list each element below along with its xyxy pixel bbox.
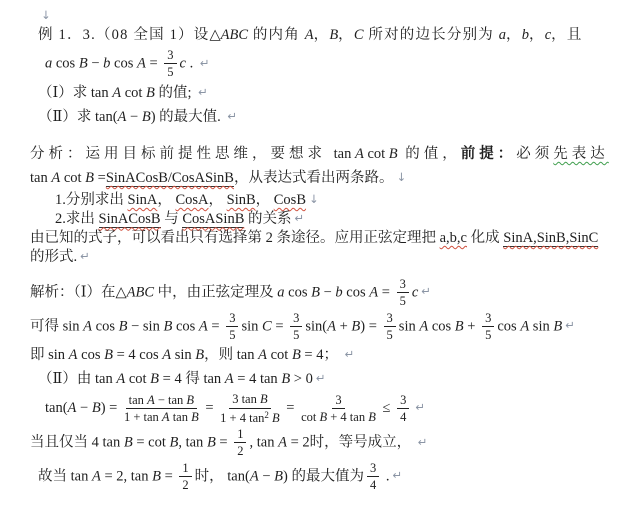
math-text: 3 tan — [232, 392, 260, 406]
paragraph-mark-icon: ↵ — [295, 211, 305, 225]
document-line: （Ⅰ）求 tan A cot B 的值; ↵ — [30, 81, 607, 105]
math-variable: A — [116, 371, 125, 387]
paragraph-mark-icon: ↵ — [415, 400, 425, 414]
fraction: tan A − tan B1 + tan A tan B — [124, 393, 199, 425]
math-variable: C — [354, 27, 364, 43]
math-text: , tan — [249, 435, 278, 451]
math-text: ≤ — [379, 400, 394, 416]
fraction-denominator: 4 — [400, 409, 406, 424]
math-text: − — [126, 109, 141, 125]
text-run: 的形式. — [30, 249, 77, 265]
math-text: sin — [48, 347, 69, 363]
math-text: = — [216, 435, 231, 451]
text-run: ， — [529, 27, 545, 43]
math-text: tan — [170, 410, 192, 424]
text-run: ， — [314, 27, 330, 43]
document-line: 的形式.↵ — [30, 247, 607, 267]
math-text: SinACosB — [99, 211, 161, 228]
fraction-denominator: 5 — [387, 327, 393, 342]
math-text: CosA — [175, 192, 208, 208]
fraction: 34 — [367, 461, 379, 493]
document-line: 解析：（Ⅰ）在△ABC 中，由正弦定理及 a cos B − b cos A =… — [30, 276, 607, 310]
fraction-numerator: 3 — [397, 393, 409, 409]
math-variable: a — [499, 27, 506, 43]
math-variable: B — [368, 410, 376, 424]
paragraph-mark-icon: ↵ — [345, 347, 355, 361]
fraction: 35 — [384, 311, 396, 343]
fraction-denominator: 1 + tan A tan B — [124, 409, 199, 424]
fraction-numerator: 3 tan B — [229, 392, 270, 408]
math-text: = — [283, 400, 298, 416]
fraction-denominator: 5 — [293, 327, 299, 342]
fraction: 34 — [397, 393, 409, 425]
text-run: ，从表达式看出两条路。 — [234, 170, 394, 186]
document-line: 即 sin A cos B = 4 cos A sin B，则 tan A co… — [30, 343, 607, 367]
document-line: tan(A − B) = tan A − tan B1 + tan A tan … — [30, 391, 607, 426]
math-text: − — [259, 468, 274, 484]
fraction-numerator: 3 — [226, 311, 238, 327]
fraction-numerator: tan A − tan B — [126, 393, 197, 409]
math-variable: A — [69, 347, 78, 363]
math-variable: B — [195, 347, 204, 363]
text-run: 的值， — [398, 146, 461, 162]
math-text: ) = — [360, 318, 380, 334]
math-text: CosB — [274, 192, 306, 208]
math-variable: ABC — [221, 27, 248, 43]
math-text: + — [464, 318, 479, 334]
fraction-denominator: 1 + 4 tan2 B — [220, 409, 279, 425]
math-text: cos — [110, 56, 137, 72]
paragraph-mark-icon: ↵ — [227, 109, 237, 123]
text-run: 与 — [161, 211, 183, 227]
math-text: sin — [171, 347, 195, 363]
math-variable: B — [85, 170, 94, 186]
math-text: cot — [364, 146, 389, 162]
math-variable: A — [369, 284, 378, 300]
math-text: ) = — [101, 400, 121, 416]
math-text: cos — [172, 318, 199, 334]
document-line: 分析：运用目标前提性思维，要想求 tan A cot B 的值，前提：必须先表达 — [30, 142, 607, 166]
document-line: 由已知的式子，可以看出只有选择第 2 条途径。应用正弦定理把 a,b,c 化成 … — [30, 229, 607, 248]
text-run: 即 — [30, 347, 48, 363]
math-text: tan( — [45, 400, 68, 416]
math-text: 3 — [335, 393, 341, 407]
math-text: = 2, tan — [101, 468, 152, 484]
math-variable: A — [51, 170, 60, 186]
math-variable: B — [269, 411, 280, 425]
math-variable: A — [327, 318, 336, 334]
text-run: ， — [506, 27, 522, 43]
math-variable: B — [274, 468, 283, 484]
text-run: 时，等号成立， — [310, 435, 415, 451]
text-run: ，且 — [551, 27, 582, 43]
text-run: ， — [209, 192, 227, 208]
math-text: cot — [60, 170, 85, 186]
math-variable: B — [553, 318, 562, 334]
math-variable: A — [147, 393, 155, 407]
paragraph-mark-icon: ↵ — [421, 284, 431, 298]
text-run: ，则 — [204, 347, 237, 363]
fraction-numerator: 3 — [290, 311, 302, 327]
math-text: = 4 — [159, 371, 182, 387]
math-variable: A — [199, 318, 208, 334]
text-run: （Ⅰ）求 — [38, 85, 91, 101]
math-text: tan — [30, 170, 51, 186]
fraction: 35 — [482, 311, 494, 343]
math-text: − — [320, 284, 335, 300]
fraction-numerator: 3 — [482, 311, 494, 327]
math-text: > 0 — [290, 371, 313, 387]
math-text: = — [94, 170, 106, 186]
document-line: 可得 sin A cos B − sin B cos A = 35sin C =… — [30, 310, 607, 344]
text-run: ， — [157, 192, 175, 208]
math-text: tan — [71, 468, 92, 484]
math-variable: B — [150, 371, 159, 387]
text-run: 所对的边长分别为 — [364, 27, 499, 43]
math-variable: B — [169, 435, 178, 451]
math-variable: B — [92, 400, 101, 416]
math-variable: A — [520, 318, 529, 334]
text-run: ； — [323, 347, 341, 363]
paragraph-mark-icon: ↵ — [418, 435, 428, 449]
math-variable: A — [305, 27, 314, 43]
math-text: cot — [121, 85, 146, 101]
paragraph-mark-icon: ↵ — [392, 468, 402, 482]
text-run: 的关系 — [244, 211, 291, 227]
fraction: 35 — [397, 277, 409, 309]
math-text: cos — [285, 284, 312, 300]
fraction-numerator: 1 — [234, 427, 246, 443]
math-text: cos — [497, 318, 520, 334]
fraction-denominator: cot B + 4 tan B — [301, 409, 376, 424]
text-run: 时， — [195, 468, 228, 484]
fraction: 3cot B + 4 tan B — [301, 393, 376, 425]
math-text: + — [336, 318, 351, 334]
fraction: 3 tan B1 + 4 tan2 B — [220, 392, 279, 425]
math-variable: A — [83, 318, 92, 334]
fraction-numerator: 3 — [397, 277, 409, 293]
text-run: 必须 — [516, 146, 553, 162]
fraction: 35 — [164, 48, 176, 80]
math-variable: A — [112, 85, 121, 101]
document-line: a cos B − b cos A = 35c . ↵ — [30, 47, 607, 81]
math-variable: A — [250, 468, 259, 484]
math-variable: A — [278, 435, 287, 451]
text-run: 由已知的式子，可以看出只有选择第 2 条途径。应用正弦定理把 — [30, 230, 440, 246]
document-page: ↓例 1．3.（08 全国 1）设△ABC 的内角 A，B，C 所对的边长分别为… — [0, 0, 633, 529]
math-text: = cot — [133, 435, 170, 451]
text-run: 分析：运用目标前提性思维，要想求 — [30, 146, 334, 162]
math-text: a,b,c — [440, 230, 467, 246]
fraction-numerator: 3 — [332, 393, 344, 409]
math-text: sin — [399, 318, 420, 334]
math-text: cos — [428, 318, 455, 334]
math-text: tan( — [95, 109, 118, 125]
text-run: 2.求出 — [55, 211, 99, 227]
math-variable: A — [258, 347, 267, 363]
math-variable: A — [355, 146, 364, 162]
math-text: tan — [334, 146, 355, 162]
math-variable: A — [137, 56, 146, 72]
math-variable: b — [335, 284, 342, 300]
text-run: ， — [338, 27, 354, 43]
fraction: 12 — [234, 427, 246, 459]
math-variable: B — [191, 410, 199, 424]
document-line: 2.求出 SinACosB 与 CosASinB 的关系↵ — [30, 209, 607, 229]
fraction: 12 — [179, 461, 191, 493]
math-text: − — [76, 400, 91, 416]
text-run: 的最大值为 — [291, 468, 364, 484]
document-line: ↓ — [30, 8, 607, 23]
math-text: tan( — [227, 468, 250, 484]
math-text: cos — [52, 56, 79, 72]
math-text: = 4 — [301, 347, 324, 363]
paragraph-mark-icon: ↵ — [80, 249, 90, 263]
text-run: 中，由正弦定理及 — [154, 284, 277, 300]
math-text: cot — [267, 347, 292, 363]
document-line: 1.分别求出 SinA， CosA， SinB， CosB↓ — [30, 190, 607, 210]
math-text: = — [272, 318, 287, 334]
fraction-denominator: 4 — [370, 477, 376, 492]
line-break-mark-icon: ↓ — [396, 170, 406, 184]
math-variable: A — [419, 318, 428, 334]
document-line: tan A cot B =SinACosB/CosASinB，从表达式看出两条路… — [30, 166, 607, 190]
math-variable: B — [104, 347, 113, 363]
math-text: = 4 tan — [234, 371, 282, 387]
text-run: 可得 — [30, 318, 63, 334]
math-variable: B — [329, 27, 338, 43]
fraction-denominator: 2 — [182, 477, 188, 492]
text-run: （Ⅱ）求 — [38, 109, 95, 125]
math-text: − tan — [155, 393, 187, 407]
math-variable: B — [389, 146, 398, 162]
math-variable: c — [412, 284, 418, 300]
fraction-numerator: 3 — [367, 461, 379, 477]
math-variable: A — [225, 371, 234, 387]
fraction-denominator: 5 — [229, 327, 235, 342]
math-variable: A — [162, 347, 171, 363]
math-variable: B — [146, 85, 155, 101]
math-variable: C — [262, 318, 272, 334]
math-text: − sin — [127, 318, 163, 334]
math-variable: A — [92, 468, 101, 484]
fraction: 35 — [290, 311, 302, 343]
math-text: sin — [529, 318, 553, 334]
math-variable: B — [351, 318, 360, 334]
math-text: △ — [209, 27, 220, 43]
document-line: （Ⅱ）求 tan(A − B) 的最大值. ↵ — [30, 105, 607, 129]
math-text: = — [202, 400, 217, 416]
math-text: = 2 — [287, 435, 310, 451]
math-variable: B — [79, 56, 88, 72]
line-break-mark-icon: ↓ — [41, 8, 51, 22]
math-text: = 4 cos — [113, 347, 162, 363]
math-text: tan — [129, 393, 147, 407]
line-break-mark-icon: ↓ — [309, 192, 319, 206]
math-variable: A — [162, 410, 170, 424]
math-text: cot — [125, 371, 150, 387]
math-text: SinB — [227, 192, 256, 208]
text-run: 化成 — [467, 230, 503, 246]
text-run: 解析：（Ⅰ）在 — [30, 284, 115, 300]
math-text: sin — [63, 318, 84, 334]
fraction-denominator: 5 — [400, 293, 406, 308]
fraction-denominator: 5 — [485, 327, 491, 342]
math-variable: B — [260, 392, 268, 406]
text-run: 当且仅当 — [30, 435, 92, 451]
paragraph-mark-icon: ↵ — [200, 56, 210, 70]
math-text: . — [186, 56, 197, 72]
fraction-denominator: 5 — [167, 64, 173, 79]
text-run: 故当 — [38, 468, 71, 484]
math-text: ) — [151, 109, 159, 125]
fraction-numerator: 3 — [384, 311, 396, 327]
math-text: cos — [343, 284, 370, 300]
document-line: （Ⅱ）由 tan A cot B = 4 得 tan A = 4 tan B >… — [30, 367, 607, 391]
math-variable: B — [311, 284, 320, 300]
math-text: CosASinB — [182, 211, 244, 228]
text-run: 1.分别求出 — [55, 192, 128, 208]
text-run: 例 1．3.（08 全国 1）设 — [38, 27, 209, 43]
math-variable: B — [124, 435, 133, 451]
math-text: SinACosB/CosASinB — [106, 170, 234, 187]
math-variable: a — [277, 284, 284, 300]
math-text: 4 tan — [92, 435, 124, 451]
math-text: △ — [115, 284, 126, 300]
paragraph-mark-icon: ↵ — [316, 371, 326, 385]
math-text: = — [378, 284, 393, 300]
math-variable: B — [455, 318, 464, 334]
math-text: 1 + 4 tan — [220, 411, 264, 425]
math-text: sin( — [305, 318, 327, 334]
math-text: tan — [237, 347, 258, 363]
math-text: cos — [78, 347, 105, 363]
math-variable: b — [522, 27, 529, 43]
math-variable: B — [292, 347, 301, 363]
fraction-numerator: 3 — [164, 48, 176, 64]
math-text: 1 + tan — [124, 410, 162, 424]
math-variable: B — [319, 410, 327, 424]
math-variable: B — [152, 468, 161, 484]
emphasis-text: 前提： — [461, 146, 517, 162]
text-run: （Ⅱ）由 — [38, 371, 95, 387]
fraction-denominator: 2 — [237, 443, 243, 458]
document-line: 故当 tan A = 2, tan B = 12时， tan(A − B) 的最… — [30, 460, 607, 494]
text-run: 得 — [182, 371, 204, 387]
math-text: tan — [203, 371, 224, 387]
math-text: = — [161, 468, 176, 484]
math-text: − — [88, 56, 103, 72]
fraction-numerator: 1 — [179, 461, 191, 477]
text-run: ， — [256, 192, 274, 208]
text-run: 的值; — [155, 85, 195, 101]
math-text: cot — [301, 410, 319, 424]
text-run: 先表达 — [553, 146, 609, 162]
math-variable: B — [163, 318, 172, 334]
math-text: SinA,SinB,SinC — [503, 230, 598, 247]
math-text: tan — [91, 85, 112, 101]
document-line: 当且仅当 4 tan B = cot B, tan B = 12, tan A … — [30, 426, 607, 460]
math-text: . — [382, 468, 389, 484]
document-line: 例 1．3.（08 全国 1）设△ABC 的内角 A，B，C 所对的边长分别为 … — [30, 23, 607, 47]
math-text: sin — [241, 318, 262, 334]
math-variable: B — [281, 371, 290, 387]
math-variable: B — [186, 393, 194, 407]
paragraph-mark-icon: ↵ — [565, 318, 575, 332]
fraction: 35 — [226, 311, 238, 343]
math-variable: B — [142, 109, 151, 125]
math-text: SinA — [128, 192, 158, 208]
math-text: = — [146, 56, 161, 72]
text-run: 的最大值. — [159, 109, 224, 125]
math-text: + 4 tan — [327, 410, 368, 424]
math-text: tan — [95, 371, 116, 387]
math-text: = — [208, 318, 223, 334]
math-variable: B — [207, 435, 216, 451]
text-run: 的内角 — [248, 27, 305, 43]
math-variable: ABC — [127, 284, 154, 300]
math-text: cos — [92, 318, 119, 334]
paragraph-mark-icon: ↵ — [198, 85, 208, 99]
math-text: , tan — [178, 435, 207, 451]
